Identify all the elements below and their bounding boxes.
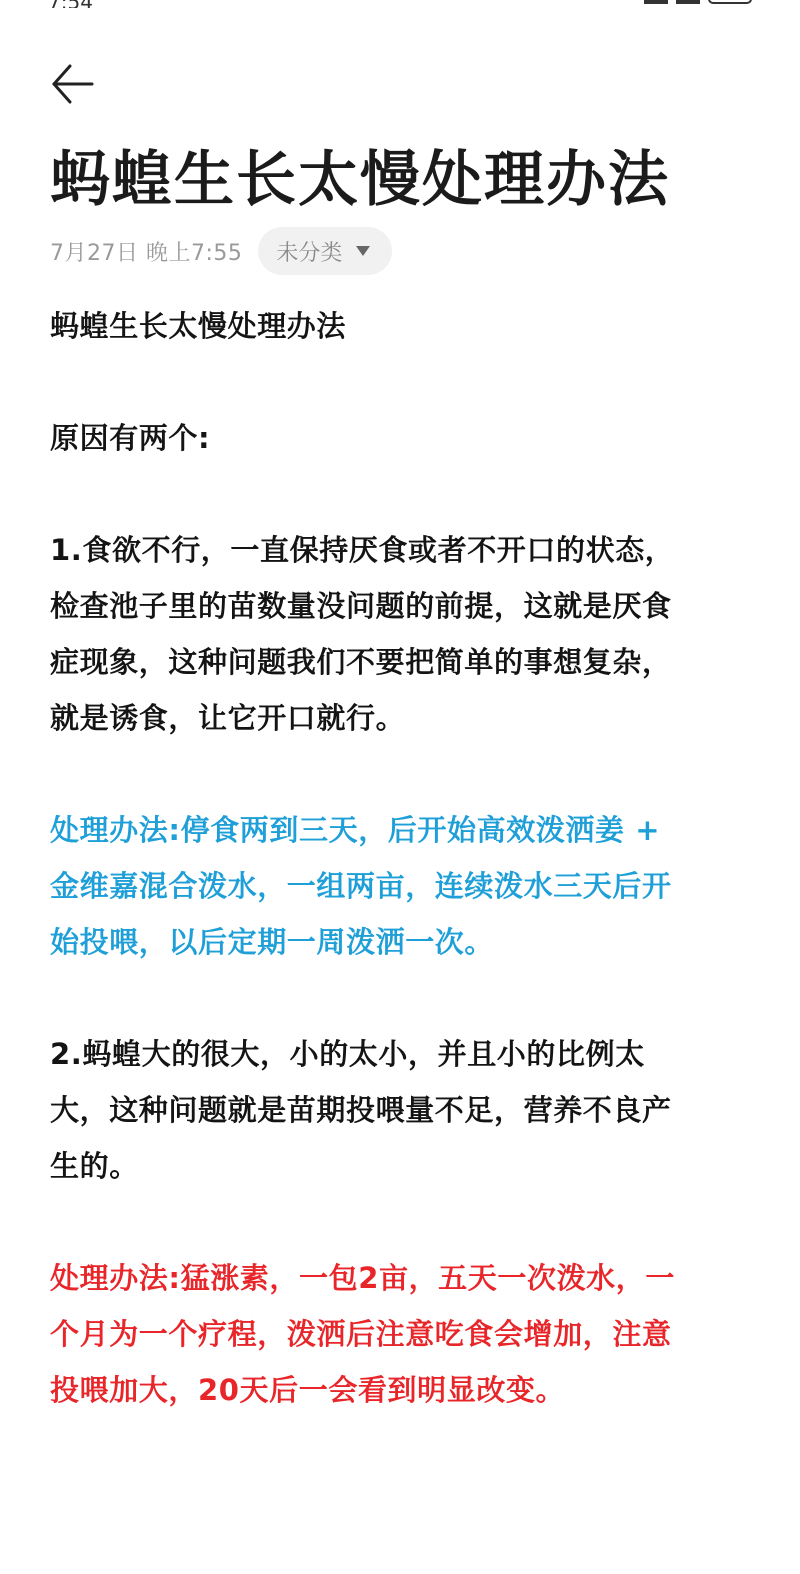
text-line: 大，这种问题就是苗期投喂量不足，营养不良产 bbox=[50, 1082, 750, 1138]
wifi-icon bbox=[676, 0, 700, 4]
reason-2-paragraph: 2.蚂蝗大的很大，小的太小，并且小的比例太 大，这种问题就是苗期投喂量不足，营养… bbox=[50, 1026, 750, 1194]
status-time: 7:54 bbox=[48, 0, 93, 8]
reasons-intro: 原因有两个: bbox=[50, 410, 750, 466]
text-line: 症现象，这种问题我们不要把简单的事想复杂， bbox=[50, 634, 750, 690]
blank-line bbox=[50, 354, 750, 410]
text-line: 检查池子里的苗数量没问题的前提，这就是厌食 bbox=[50, 578, 750, 634]
text-line: 生的。 bbox=[50, 1138, 750, 1194]
solution-1-paragraph: 处理办法:停食两到三天，后开始高效泼洒姜 + 金维嘉混合泼水，一组两亩，连续泼水… bbox=[50, 802, 750, 970]
text-line: 处理办法:停食两到三天，后开始高效泼洒姜 + bbox=[50, 802, 750, 858]
blank-line bbox=[50, 746, 750, 802]
text-line: 就是诱食，让它开口就行。 bbox=[50, 690, 750, 746]
note-date: 7月27日 晚上7:55 bbox=[50, 236, 242, 267]
category-label: 未分类 bbox=[276, 236, 342, 267]
signal-icon bbox=[644, 0, 668, 4]
blank-line bbox=[50, 970, 750, 1026]
text-line: 始投喂，以后定期一周泼洒一次。 bbox=[50, 914, 750, 970]
arrow-left-icon bbox=[50, 64, 94, 104]
body-heading: 蚂蝗生长太慢处理办法 bbox=[50, 298, 750, 354]
category-dropdown[interactable]: 未分类 bbox=[258, 227, 392, 275]
status-icons bbox=[644, 0, 752, 4]
reason-1-paragraph: 1.食欲不行，一直保持厌食或者不开口的状态， 检查池子里的苗数量没问题的前提，这… bbox=[50, 522, 750, 746]
text-line: 处理办法:猛涨素，一包2亩，五天一次泼水，一 bbox=[50, 1250, 750, 1306]
blank-line bbox=[50, 1194, 750, 1250]
status-bar: 7:54 bbox=[0, 0, 800, 8]
triangle-down-icon bbox=[356, 246, 370, 256]
battery-icon bbox=[708, 0, 752, 4]
text-line: 2.蚂蝗大的很大，小的太小，并且小的比例太 bbox=[50, 1026, 750, 1082]
blank-line bbox=[50, 466, 750, 522]
back-button[interactable] bbox=[40, 56, 104, 112]
solution-2-paragraph: 处理办法:猛涨素，一包2亩，五天一次泼水，一 个月为一个疗程，泼洒后注意吃食会增… bbox=[50, 1250, 750, 1418]
text-line: 金维嘉混合泼水，一组两亩，连续泼水三天后开 bbox=[50, 858, 750, 914]
text-line: 个月为一个疗程，泼洒后注意吃食会增加，注意 bbox=[50, 1306, 750, 1362]
text-line: 1.食欲不行，一直保持厌食或者不开口的状态， bbox=[50, 522, 750, 578]
note-meta: 7月27日 晚上7:55 未分类 bbox=[50, 226, 392, 276]
note-body[interactable]: 蚂蝗生长太慢处理办法 原因有两个: 1.食欲不行，一直保持厌食或者不开口的状态，… bbox=[50, 298, 750, 1418]
note-title: 蚂蝗生长太慢处理办法 bbox=[50, 138, 670, 222]
text-line: 投喂加大，20天后一会看到明显改变。 bbox=[50, 1362, 750, 1418]
